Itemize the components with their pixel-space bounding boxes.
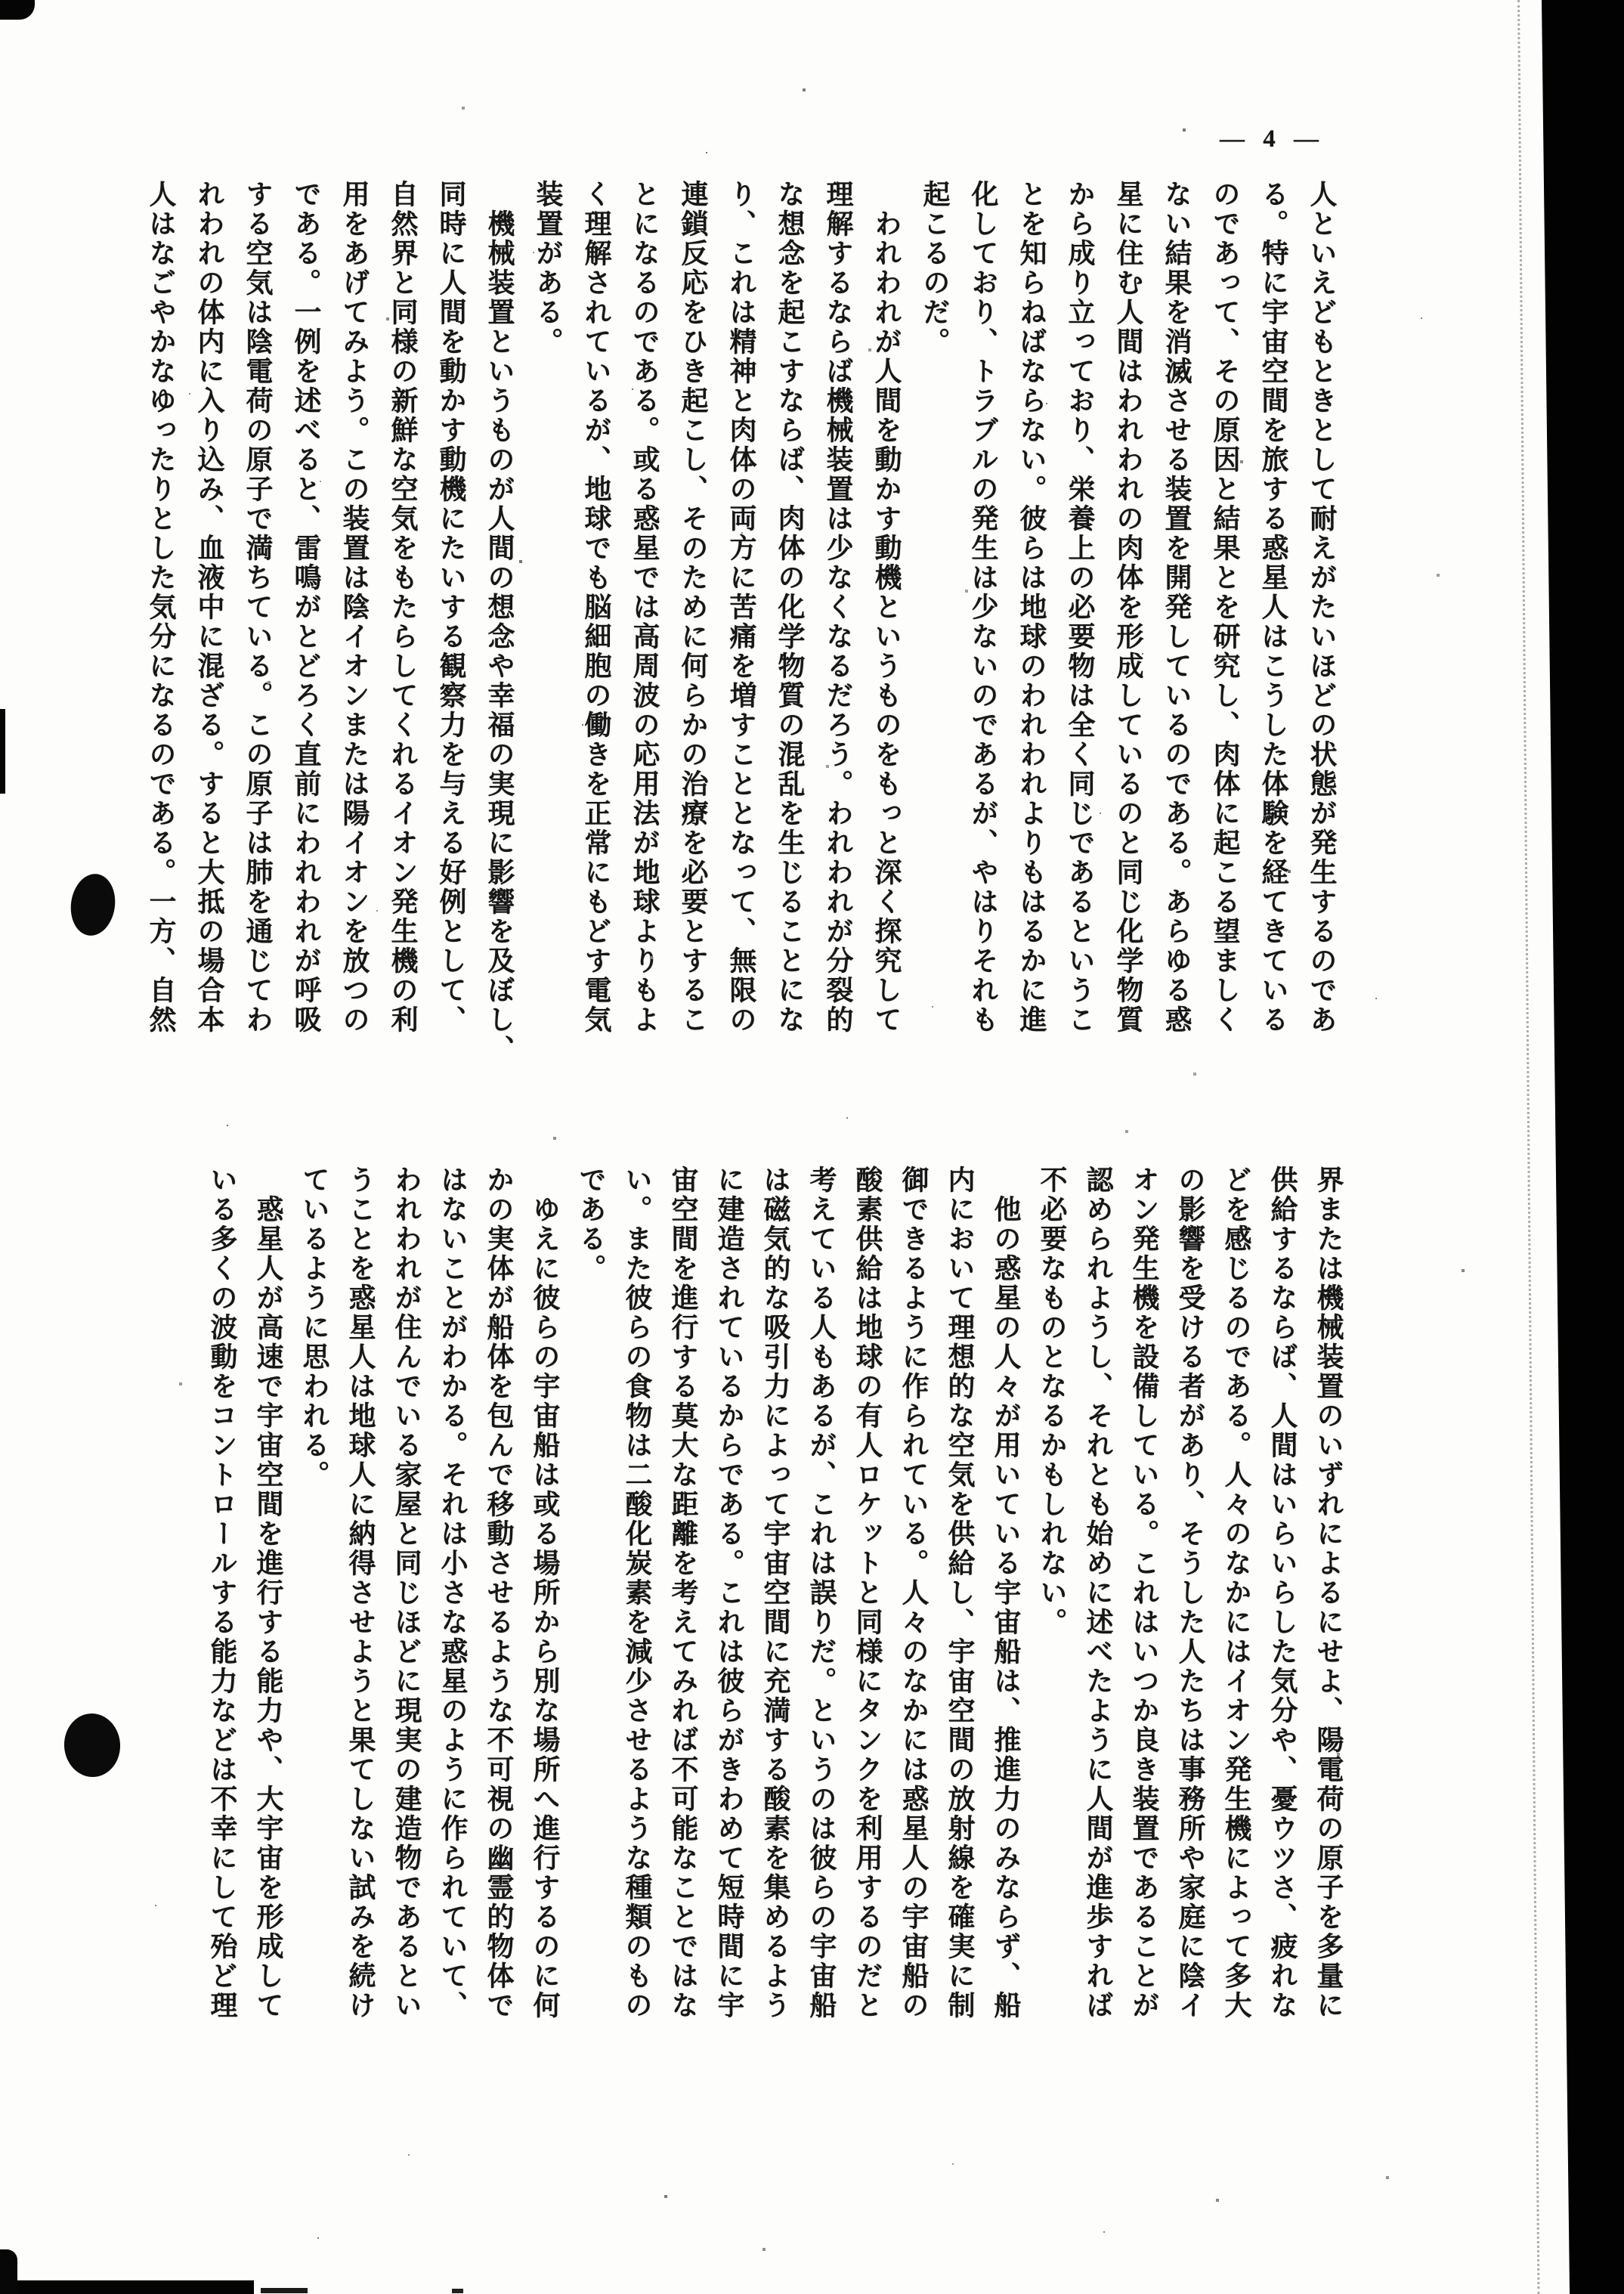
text-column: る。特に宇宙空間を旅する惑星人はこうした体験を経てきている <box>1249 180 1298 1087</box>
text-column: 御できるように作られている。人々のなかには惑星人の宇宙船の <box>890 1166 936 2110</box>
text-column: かの実体が船体を包んで移動させるような不可視の幽霊的物体で <box>475 1166 521 2110</box>
corner-scan-mark <box>0 0 35 20</box>
scanned-document-page: — 4 — 人といえどもときとして耐えがたいほどの状態が発生するのである。特に宇… <box>0 0 1624 2294</box>
text-column: れわれの体内に入り込み、血液中に混ざる。すると大抵の場合本 <box>185 180 234 1087</box>
text-column: うことを惑星人は地球人に納得させようと果てしない試みを続け <box>337 1166 383 2110</box>
hole-punch-top <box>67 871 119 938</box>
scan-edge-dotted-line <box>1517 0 1539 2294</box>
text-column: われわれが住んでいる家屋と同じほどに現実の建造物であるとい <box>383 1166 429 2110</box>
text-column: 装置がある。 <box>524 180 572 1087</box>
text-column: 惑星人が高速で宇宙空間を進行する能力や、大宇宙を形成して <box>245 1166 291 2110</box>
text-column: 考えている人もあるが、これは誤りだ。というのは彼らの宇宙船 <box>798 1166 844 2110</box>
text-column: の影響を受ける者があり、そうした人たちは事務所や家庭に陰イ <box>1167 1166 1213 2110</box>
text-column: 供給するならば、人間はいらいらした気分や、憂ウツさ、疲れな <box>1259 1166 1305 2110</box>
text-column: ない結果を消滅させる装置を開発しているのである。あらゆる惑 <box>1152 180 1201 1087</box>
text-column: 機械装置というものが人間の想念や幸福の実現に影響を及ぼし、 <box>475 180 524 1087</box>
scan-edge-black-band <box>1542 0 1624 2294</box>
text-column: い。また彼らの食物は二酸化炭素を減少させるような種類のもの <box>614 1166 660 2110</box>
hole-punch-bottom <box>62 1712 122 1779</box>
text-column: 星に住む人間はわれわれの肉体を形成しているのと同じ化学物質 <box>1104 180 1152 1087</box>
text-column: である。 <box>568 1166 614 2110</box>
text-column: 宙空間を進行する莫大な距離を考えてみれば不可能なことではな <box>660 1166 706 2110</box>
text-column: から成り立っており、栄養上の必要物は全く同じであるというこ <box>1056 180 1104 1087</box>
text-column: 人はなごやかなゆったりとした気分になるのである。一方、自然 <box>137 180 185 1087</box>
text-column: 自然界と同様の新鮮な空気をもたらしてくれるイオン発生機の利 <box>379 180 427 1087</box>
text-column: はないことがわかる。それは小さな惑星のように作られていて、 <box>429 1166 475 2110</box>
text-column: 同時に人間を動かす動機にたいする観察力を与える好例として、 <box>427 180 475 1087</box>
text-column: いる多くの波動をコントロールする能力などは不幸にして殆ど理 <box>199 1166 245 2110</box>
text-column: な想念を起こすならば、肉体の化学物質の混乱を生じることにな <box>766 180 814 1087</box>
text-column: ゆえに彼らの宇宙船は或る場所から別な場所へ進行するのに何 <box>521 1166 568 2110</box>
text-column: り、これは精神と肉体の両方に苦痛を増すこととなって、無限の <box>717 180 766 1087</box>
text-column: 酸素供給は地球の有人ロケットと同様にタンクを利用するのだと <box>844 1166 890 2110</box>
scan-noise-speckles <box>0 0 2 2</box>
text-column: われわれが人間を動かす動機というものをもっと深く探究して <box>862 180 911 1087</box>
text-column: 化しており、トラブルの発生は少ないのであるが、やはりそれも <box>959 180 1007 1087</box>
text-column: オン発生機を設備している。これはいつか良き装置であることが <box>1121 1166 1167 2110</box>
text-column: 連鎖反応をひき起こし、そのために何らかの治療を必要とするこ <box>669 180 717 1087</box>
text-column: 他の惑星の人々が用いている宇宙船は、推進力のみならず、船 <box>982 1166 1029 2110</box>
text-column: く理解されているが、地球でも脳細胞の働きを正常にもどす電気 <box>572 180 620 1087</box>
text-column: である。一例を述べると、雷鳴がとどろく直前にわれわれが呼吸 <box>282 180 330 1087</box>
bottom-edge-smudge <box>452 2289 463 2293</box>
text-column: のであって、その原因と結果とを研究し、肉体に起こる望ましく <box>1201 180 1249 1087</box>
text-column: する空気は陰電荷の原子で満ちている。この原子は肺を通じてわ <box>234 180 282 1087</box>
text-column: とを知らねばならない。彼らは地球のわれわれよりもはるかに進 <box>1007 180 1056 1087</box>
text-column: 理解するならば機械装置は少なくなるだろう。われわれが分裂的 <box>814 180 862 1087</box>
text-column: 人といえどもときとして耐えがたいほどの状態が発生するのであ <box>1298 180 1346 1087</box>
text-column: 認められようし、それとも始めに述べたように人間が進歩すれば <box>1075 1166 1121 2110</box>
text-column: 用をあげてみよう。この装置は陰イオンまたは陽イオンを放つの <box>330 180 379 1087</box>
bottom-edge-smudge <box>261 2288 308 2293</box>
text-column: とになるのである。或る惑星では高周波の応用法が地球よりもよ <box>620 180 669 1087</box>
text-column: に建造されているからである。これは彼らがきわめて短時間に宇 <box>706 1166 752 2110</box>
left-edge-mark <box>0 709 5 794</box>
text-block-top: 人といえどもときとして耐えがたいほどの状態が発生するのである。特に宇宙空間を旅す… <box>137 180 1346 1087</box>
page-number: — 4 — <box>1220 125 1325 153</box>
bottom-left-smudge <box>0 2249 17 2293</box>
text-column: 起こるのだ。 <box>911 180 959 1087</box>
text-block-bottom: 界または機械装置のいずれによるにせよ、陽電荷の原子を多量に供給するならば、人間は… <box>199 1166 1351 2110</box>
text-column: ているように思われる。 <box>291 1166 337 2110</box>
text-column: は磁気的な吸引力によって宇宙空間に充満する酸素を集めるよう <box>752 1166 798 2110</box>
bottom-edge-smudge <box>0 2280 254 2294</box>
text-column: 内において理想的な空気を供給し、宇宙空間の放射線を確実に制 <box>936 1166 982 2110</box>
text-column: どを感じるのである。人々のなかにはイオン発生機によって多大 <box>1213 1166 1259 2110</box>
text-column: 界または機械装置のいずれによるにせよ、陽電荷の原子を多量に <box>1305 1166 1351 2110</box>
text-column: 不必要なものとなるかもしれない。 <box>1029 1166 1075 2110</box>
